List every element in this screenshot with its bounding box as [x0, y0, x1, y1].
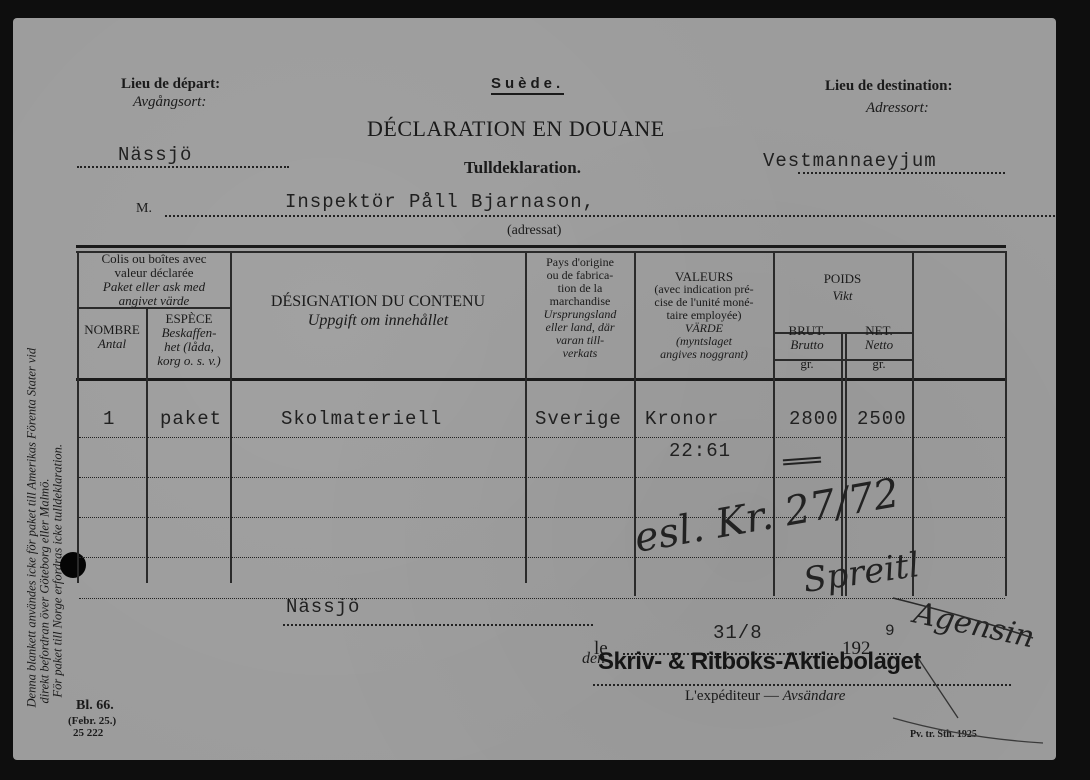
customs-declaration-form: Lieu de départ: Avgångsort: Nässjö Suède…	[13, 18, 1056, 760]
pen-strokes	[13, 18, 1056, 760]
